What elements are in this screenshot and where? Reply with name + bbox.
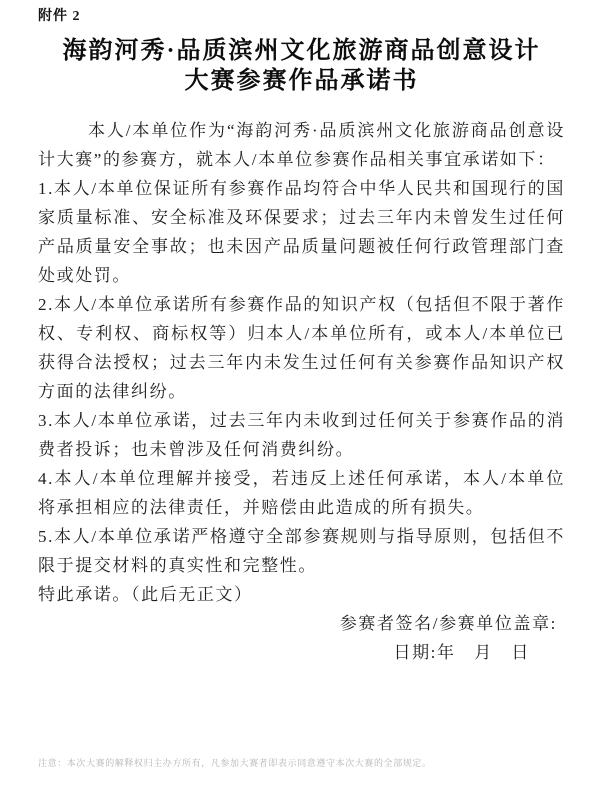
signature-line: 参赛者签名/参赛单位盖章: [38, 609, 565, 638]
commitment-letter-page: 附件 2 海韵河秀·品质滨州文化旅游商品创意设计 大赛参赛作品承诺书 本人/本单… [0, 0, 600, 790]
clause-1: 1.本人/本单位保证所有参赛作品均符合中华人民共和国现行的国家质量标准、安全标准… [38, 174, 565, 290]
document-title-line-2: 大赛参赛作品承诺书 [185, 68, 419, 94]
closing-line: 特此承诺。（此后无正文） [38, 580, 565, 609]
document-body: 本人/本单位作为“海韵河秀·品质滨州文化旅游商品创意设计大赛”的参赛方，就本人/… [38, 116, 565, 667]
clause-5: 5.本人/本单位承诺严格遵守全部参赛规则与指导原则，包括但不限于提交材料的真实性… [38, 522, 565, 580]
document-title: 海韵河秀·品质滨州文化旅游商品创意设计 大赛参赛作品承诺书 [38, 36, 565, 96]
document-title-line-1: 海韵河秀·品质滨州文化旅游商品创意设计 [62, 38, 540, 64]
intro-paragraph: 本人/本单位作为“海韵河秀·品质滨州文化旅游商品创意设计大赛”的参赛方，就本人/… [38, 116, 565, 174]
attachment-label: 附件 2 [38, 8, 565, 26]
date-line: 日期:年 月 日 [38, 638, 565, 667]
clause-4: 4.本人/本单位理解并接受，若违反上述任何承诺，本人/本单位将承担相应的法律责任… [38, 464, 565, 522]
clause-3: 3.本人/本单位承诺，过去三年内未收到过任何关于参赛作品的消费者投诉；也未曾涉及… [38, 406, 565, 464]
clause-2: 2.本人/本单位承诺所有参赛作品的知识产权（包括但不限于著作权、专利权、商标权等… [38, 290, 565, 406]
footnote: 注意：本次大赛的解释权归主办方所有，凡参加大赛者即表示同意遵守本次大赛的全部规定… [38, 757, 558, 769]
text-column: 附件 2 海韵河秀·品质滨州文化旅游商品创意设计 大赛参赛作品承诺书 本人/本单… [38, 8, 565, 667]
